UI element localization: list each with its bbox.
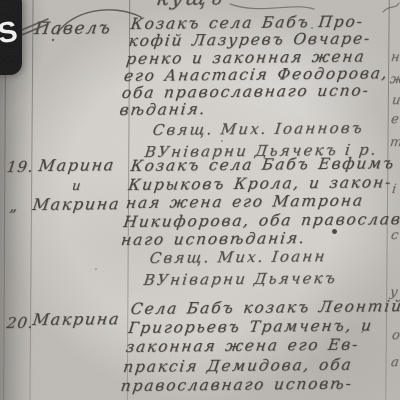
watermark-logo: S [0, 0, 22, 75]
child-name-pavel: Павелъ [33, 18, 112, 39]
record-line: Козакъ села Бабъ Евфимъ [130, 154, 400, 176]
record-line: Никифорова, оба православ- [122, 210, 400, 232]
record-line: наго исповѣданія. [120, 228, 400, 250]
fragment-letter: о [391, 328, 400, 343]
fragment-letter: ж [389, 72, 400, 87]
fragment-letter: у [389, 285, 399, 300]
cut-off-line-fragment: кущъ [155, 0, 226, 10]
clergy-line-priest-1: Свящ. Мих. Іоанновъ [152, 119, 366, 139]
ink-speck [361, 331, 363, 333]
record-line: православнаго исповѣ- [120, 374, 395, 396]
ink-speck [95, 268, 97, 270]
child-name-makrina-1: Макрина [32, 194, 122, 214]
fragment-letter: и [391, 93, 400, 108]
record-line: оба православнаго испо- [121, 81, 388, 101]
ink-speck [221, 140, 223, 142]
clergy-line-priest-19: Свящ. Мих. Іоанн [149, 247, 328, 267]
ink-blot [332, 229, 337, 234]
name-conjunction: и [71, 179, 83, 194]
fragment-letter: е [390, 112, 400, 127]
entry-number-19: 19. [6, 158, 35, 176]
entry-number-20: 20. [6, 314, 35, 332]
fragment-letter: н [390, 50, 400, 65]
record-line: вѣданія. [119, 99, 386, 119]
column-rule-left-margin [3, 68, 6, 400]
record-text-entry-1: Козакъ села Бабъ Про- кофій Лазуревъ Овч… [119, 12, 397, 119]
clergy-line-sexton-19: ВУніварни Дьячекъ [143, 269, 339, 289]
ink-speck [311, 27, 313, 29]
child-name-marina: Марина [38, 155, 117, 175]
entry-number-ditto: „ [9, 197, 20, 215]
record-line: кофій Лазуревъ Овчаре- [128, 30, 395, 50]
record-text-entry-20: Села Бабъ козакъ Леонтій Григорьевъ Трам… [120, 297, 400, 396]
record-text-entry-19: Козакъ села Бабъ Евфимъ Кирыковъ Крола, … [120, 154, 400, 250]
child-name-makrina-2: Макрина [32, 309, 122, 329]
watermark-letter: S [0, 16, 20, 52]
fragment-letter: т [389, 135, 400, 150]
fragment-letter: а [390, 355, 400, 370]
scanned-register-page: кущъ Павелъ Козакъ села Бабъ Про- кофій … [0, 0, 400, 400]
